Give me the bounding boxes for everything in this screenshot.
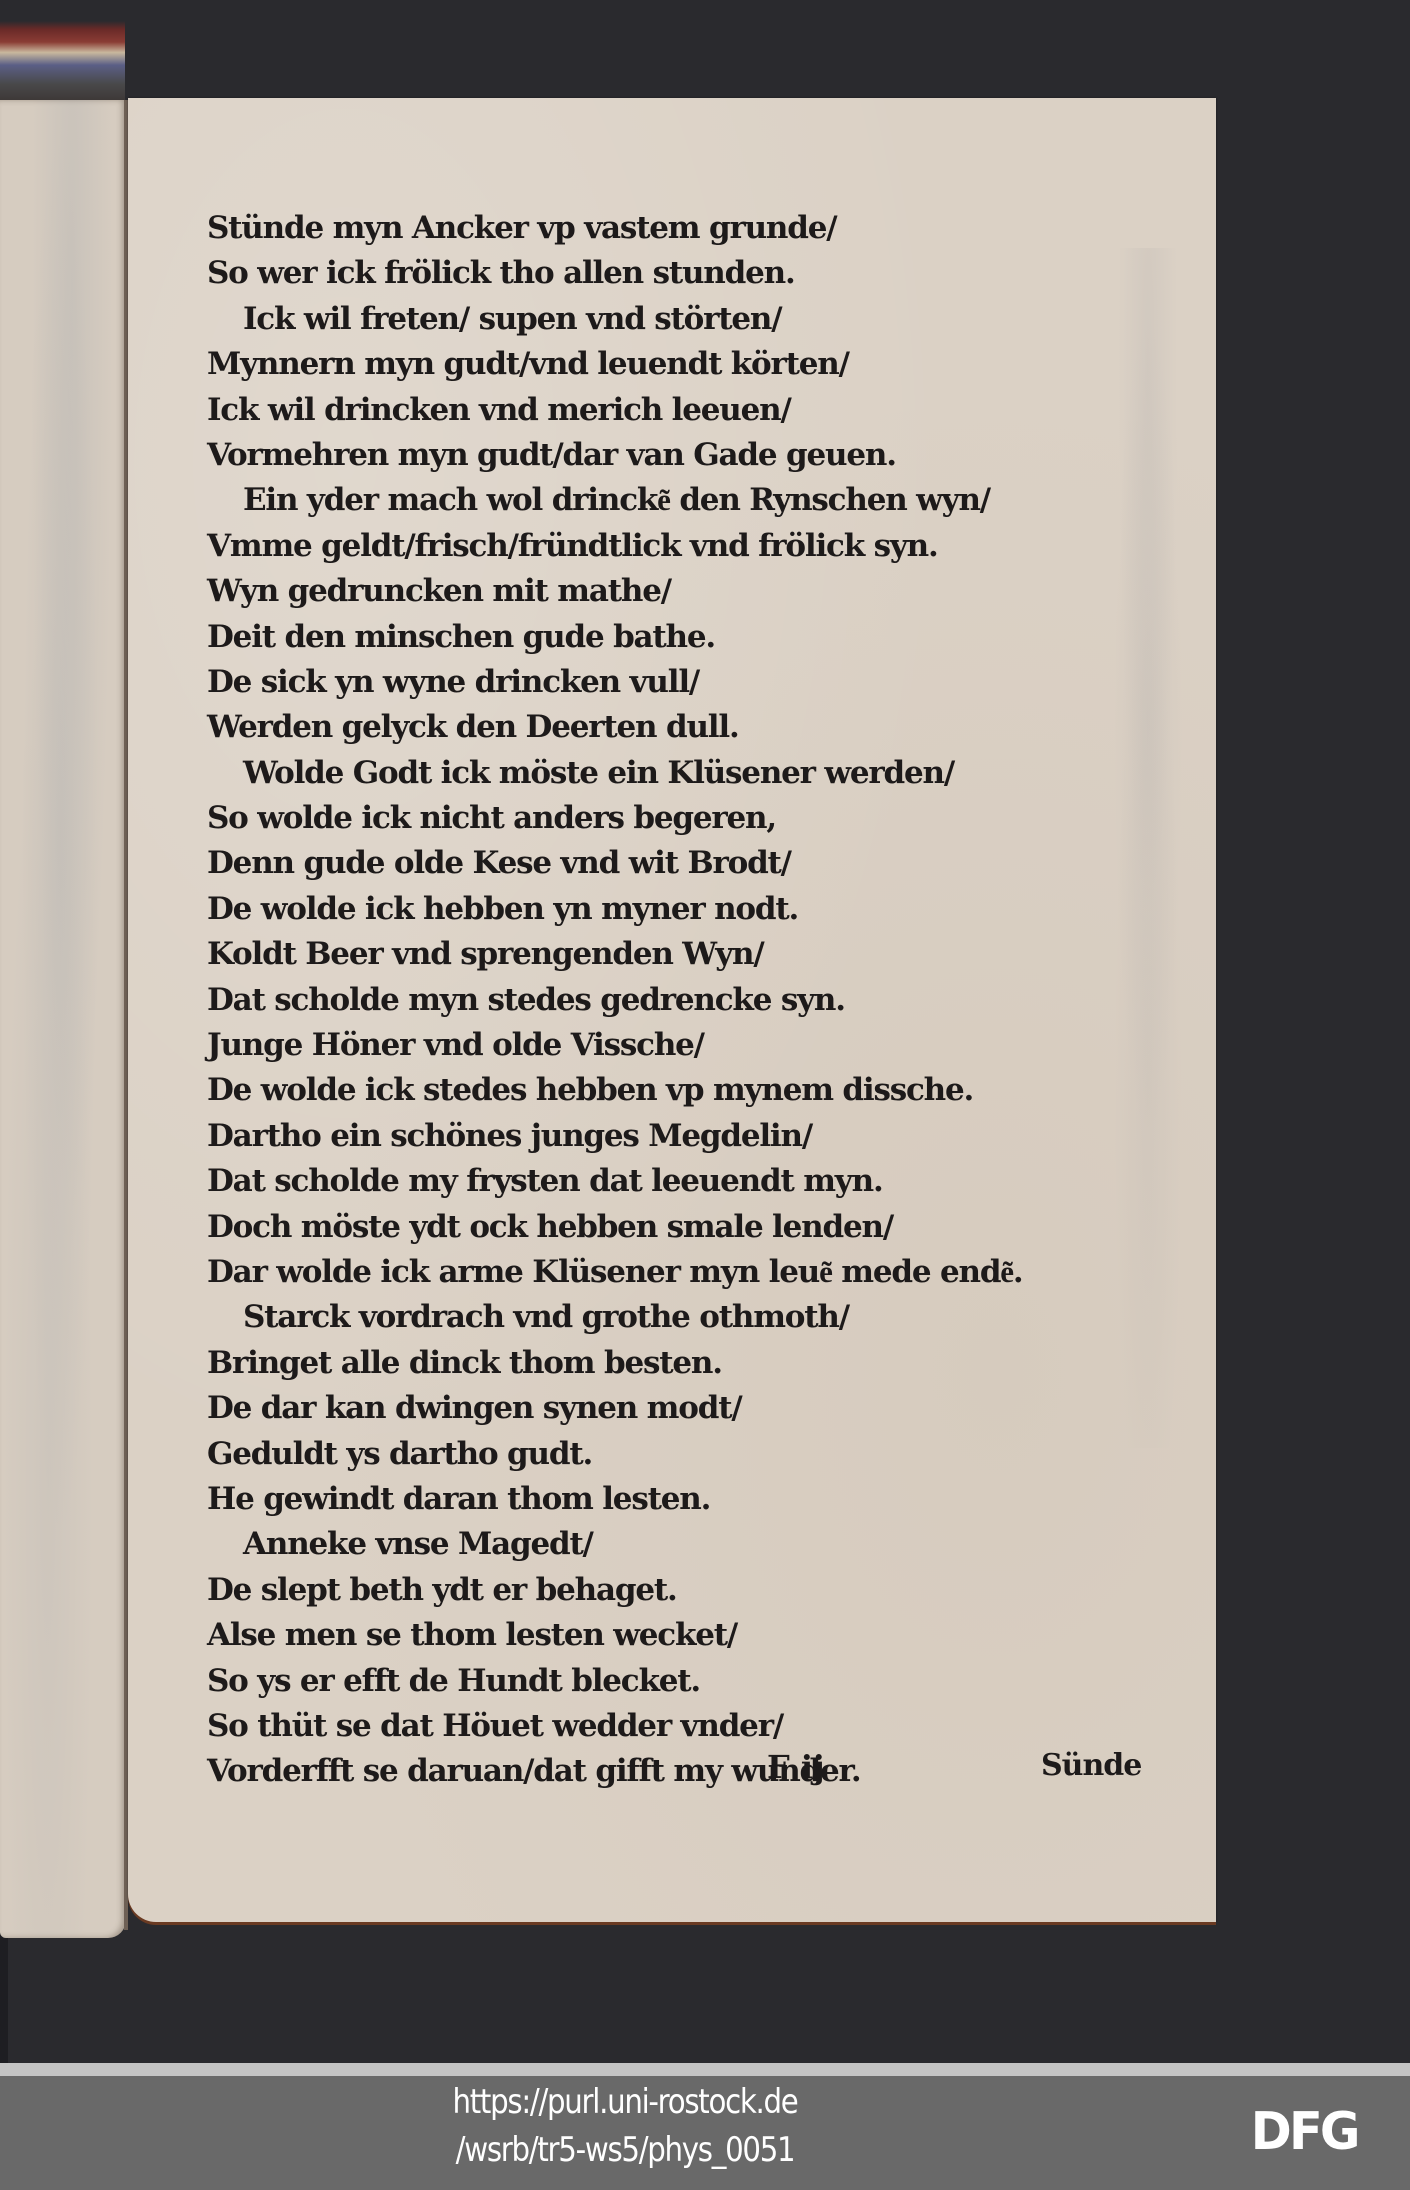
- text-line: Koldt Beer vnd sprengenden Wyn/: [207, 932, 1107, 977]
- text-line: De dar kan dwingen synen modt/: [207, 1386, 1107, 1431]
- book-spine-head: [0, 0, 125, 105]
- text-line: Ick wil drincken vnd merich leeuen/: [207, 388, 1107, 433]
- text-line: Anneke vnse Magedt/: [207, 1522, 1107, 1567]
- footer-bar: https://purl.uni-rostock.de /wsrb/tr5-ws…: [0, 2076, 1410, 2190]
- text-line: Dartho ein schönes junges Megdelin/: [207, 1114, 1107, 1159]
- text-line: Dat scholde my frysten dat leeuendt myn.: [207, 1159, 1107, 1204]
- text-line: De slept beth ydt er behaget.: [207, 1568, 1107, 1613]
- catchword: Sünde: [1041, 1748, 1141, 1783]
- text-line: Vmme geldt/frisch/fründtlick vnd frölick…: [207, 524, 1107, 569]
- text-line: Alse men se thom lesten wecket/: [207, 1613, 1107, 1658]
- text-line: Junge Höner vnd olde Vissche/: [207, 1023, 1107, 1068]
- text-line: Doch möste ydt ock hebben smale lenden/: [207, 1205, 1107, 1250]
- page-footer-line: F ij Sünde: [207, 1748, 1107, 1798]
- text-line: Stünde myn Ancker vp vastem grunde/: [207, 206, 1107, 251]
- text-line: Wyn gedruncken mit mathe/: [207, 569, 1107, 614]
- text-line: Ein yder mach wol drincke͂ den Rynschen …: [207, 478, 1107, 523]
- text-line: Vormehren myn gudt/dar van Gade geuen.: [207, 433, 1107, 478]
- text-line: He gewindt daran thom lesten.: [207, 1477, 1107, 1522]
- text-line: Denn gude olde Kese vnd wit Brodt/: [207, 841, 1107, 886]
- page-text-block: Stünde myn Ancker vp vastem grunde/ So w…: [207, 206, 1107, 1795]
- book-page: Stünde myn Ancker vp vastem grunde/ So w…: [128, 98, 1216, 1922]
- footer-divider: [0, 2063, 1410, 2076]
- text-line: So thüt se dat Höuet wedder vnder/: [207, 1704, 1107, 1749]
- left-page-show-through: [0, 100, 120, 1938]
- text-line: Ick wil freten/ supen vnd störten/: [207, 297, 1107, 342]
- text-line: De sick yn wyne drincken vull/: [207, 660, 1107, 705]
- text-line: Bringet alle dinck thom besten.: [207, 1341, 1107, 1386]
- text-line: De wolde ick stedes hebben vp mynem diss…: [207, 1068, 1107, 1113]
- text-line: Dar wolde ick arme Klüsener myn leue͂ me…: [207, 1250, 1107, 1295]
- text-line: De wolde ick hebben yn myner nodt.: [207, 887, 1107, 932]
- text-line: Mynnern myn gudt/vnd leuendt körten/: [207, 342, 1107, 387]
- text-line: So ys er efft de Hundt blecket.: [207, 1659, 1107, 1704]
- signature-mark: F ij: [767, 1748, 825, 1786]
- dfg-logo-icon: DFG: [1251, 2102, 1358, 2162]
- text-line: Geduldt ys dartho gudt.: [207, 1432, 1107, 1477]
- text-line: Werden gelyck den Deerten dull.: [207, 705, 1107, 750]
- permalink-line-1[interactable]: https://purl.uni-rostock.de: [88, 2082, 1163, 2122]
- text-line: Dat scholde myn stedes gedrencke syn.: [207, 978, 1107, 1023]
- text-line: So wolde ick nicht anders begeren,: [207, 796, 1107, 841]
- text-line: So wer ick frölick tho allen stunden.: [207, 251, 1107, 296]
- text-line: Wolde Godt ick möste ein Klüsener werden…: [207, 751, 1107, 796]
- text-line: Starck vordrach vnd grothe othmoth/: [207, 1295, 1107, 1340]
- text-line: Deit den minschen gude bathe.: [207, 615, 1107, 660]
- permalink-line-2[interactable]: /wsrb/tr5-ws5/phys_0051: [88, 2130, 1163, 2170]
